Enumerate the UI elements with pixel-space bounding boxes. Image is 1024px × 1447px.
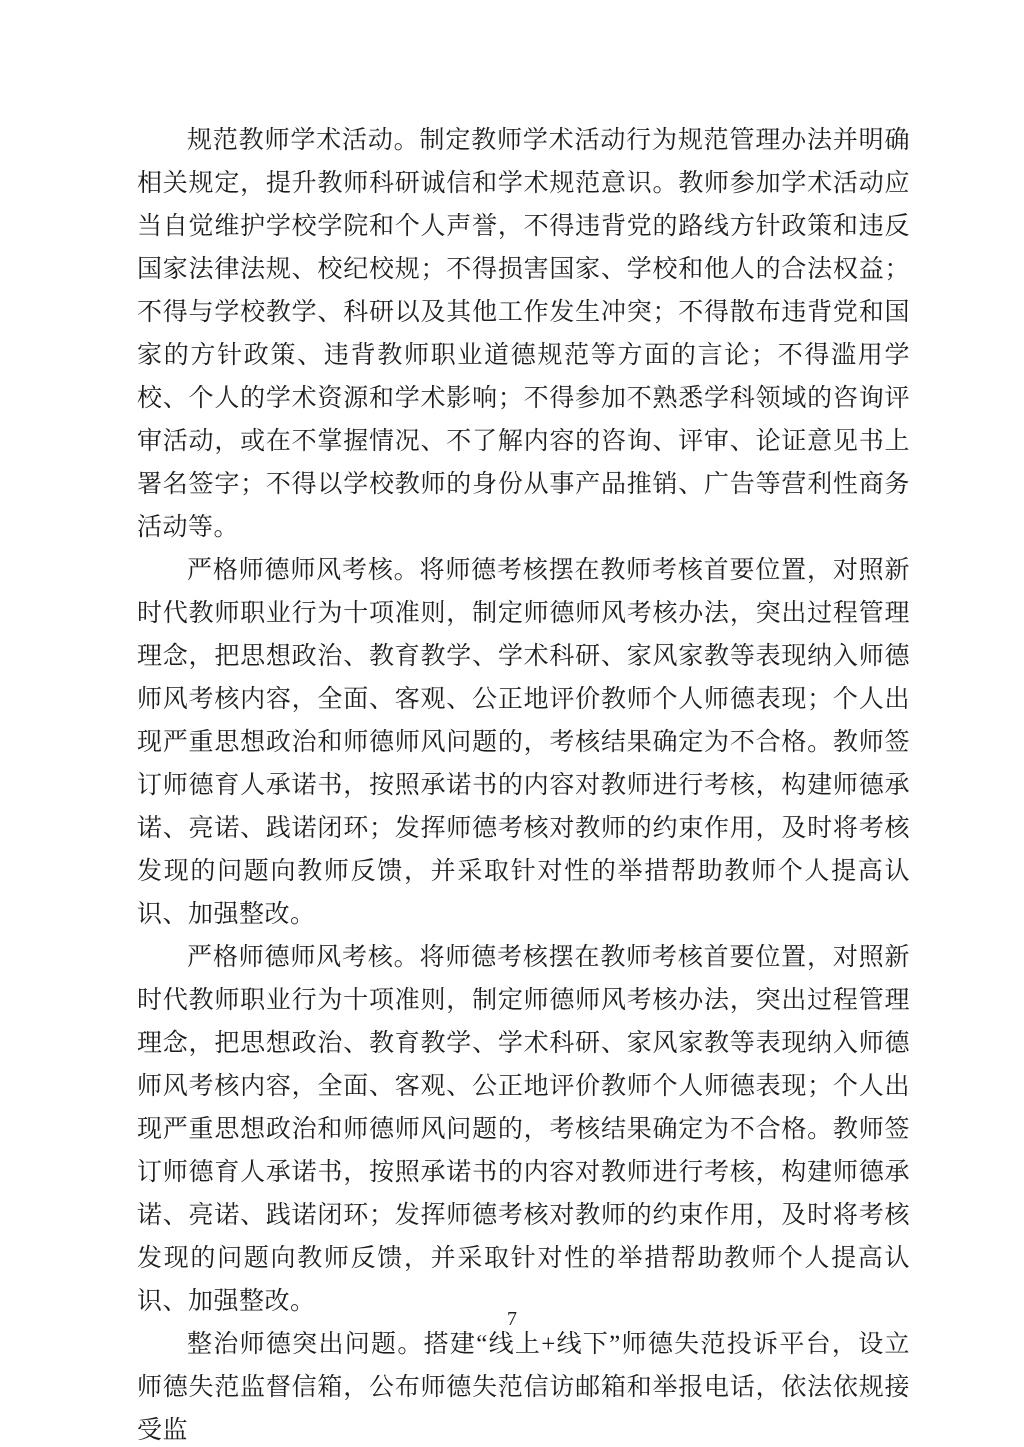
page-footer: 7 [0, 1305, 1024, 1333]
paragraph: 严格师德师风考核。将师德考核摆在教师考核首要位置，对照新时代教师职业行为十项准则… [137, 936, 910, 1323]
paragraph: 整治师德突出问题。搭建“线上+线下”师德失范投诉平台，设立师德失范监督信箱，公布… [137, 1323, 910, 1447]
page-number: 7 [507, 1308, 517, 1330]
document-page: 规范教师学术活动。制定教师学术活动行为规范管理办法并明确相关规定，提升教师科研诚… [0, 0, 1024, 1447]
page-body-text: 规范教师学术活动。制定教师学术活动行为规范管理办法并明确相关规定，提升教师科研诚… [137, 119, 910, 1447]
paragraph: 规范教师学术活动。制定教师学术活动行为规范管理办法并明确相关规定，提升教师科研诚… [137, 119, 910, 549]
paragraph: 严格师德师风考核。将师德考核摆在教师考核首要位置，对照新时代教师职业行为十项准则… [137, 549, 910, 936]
